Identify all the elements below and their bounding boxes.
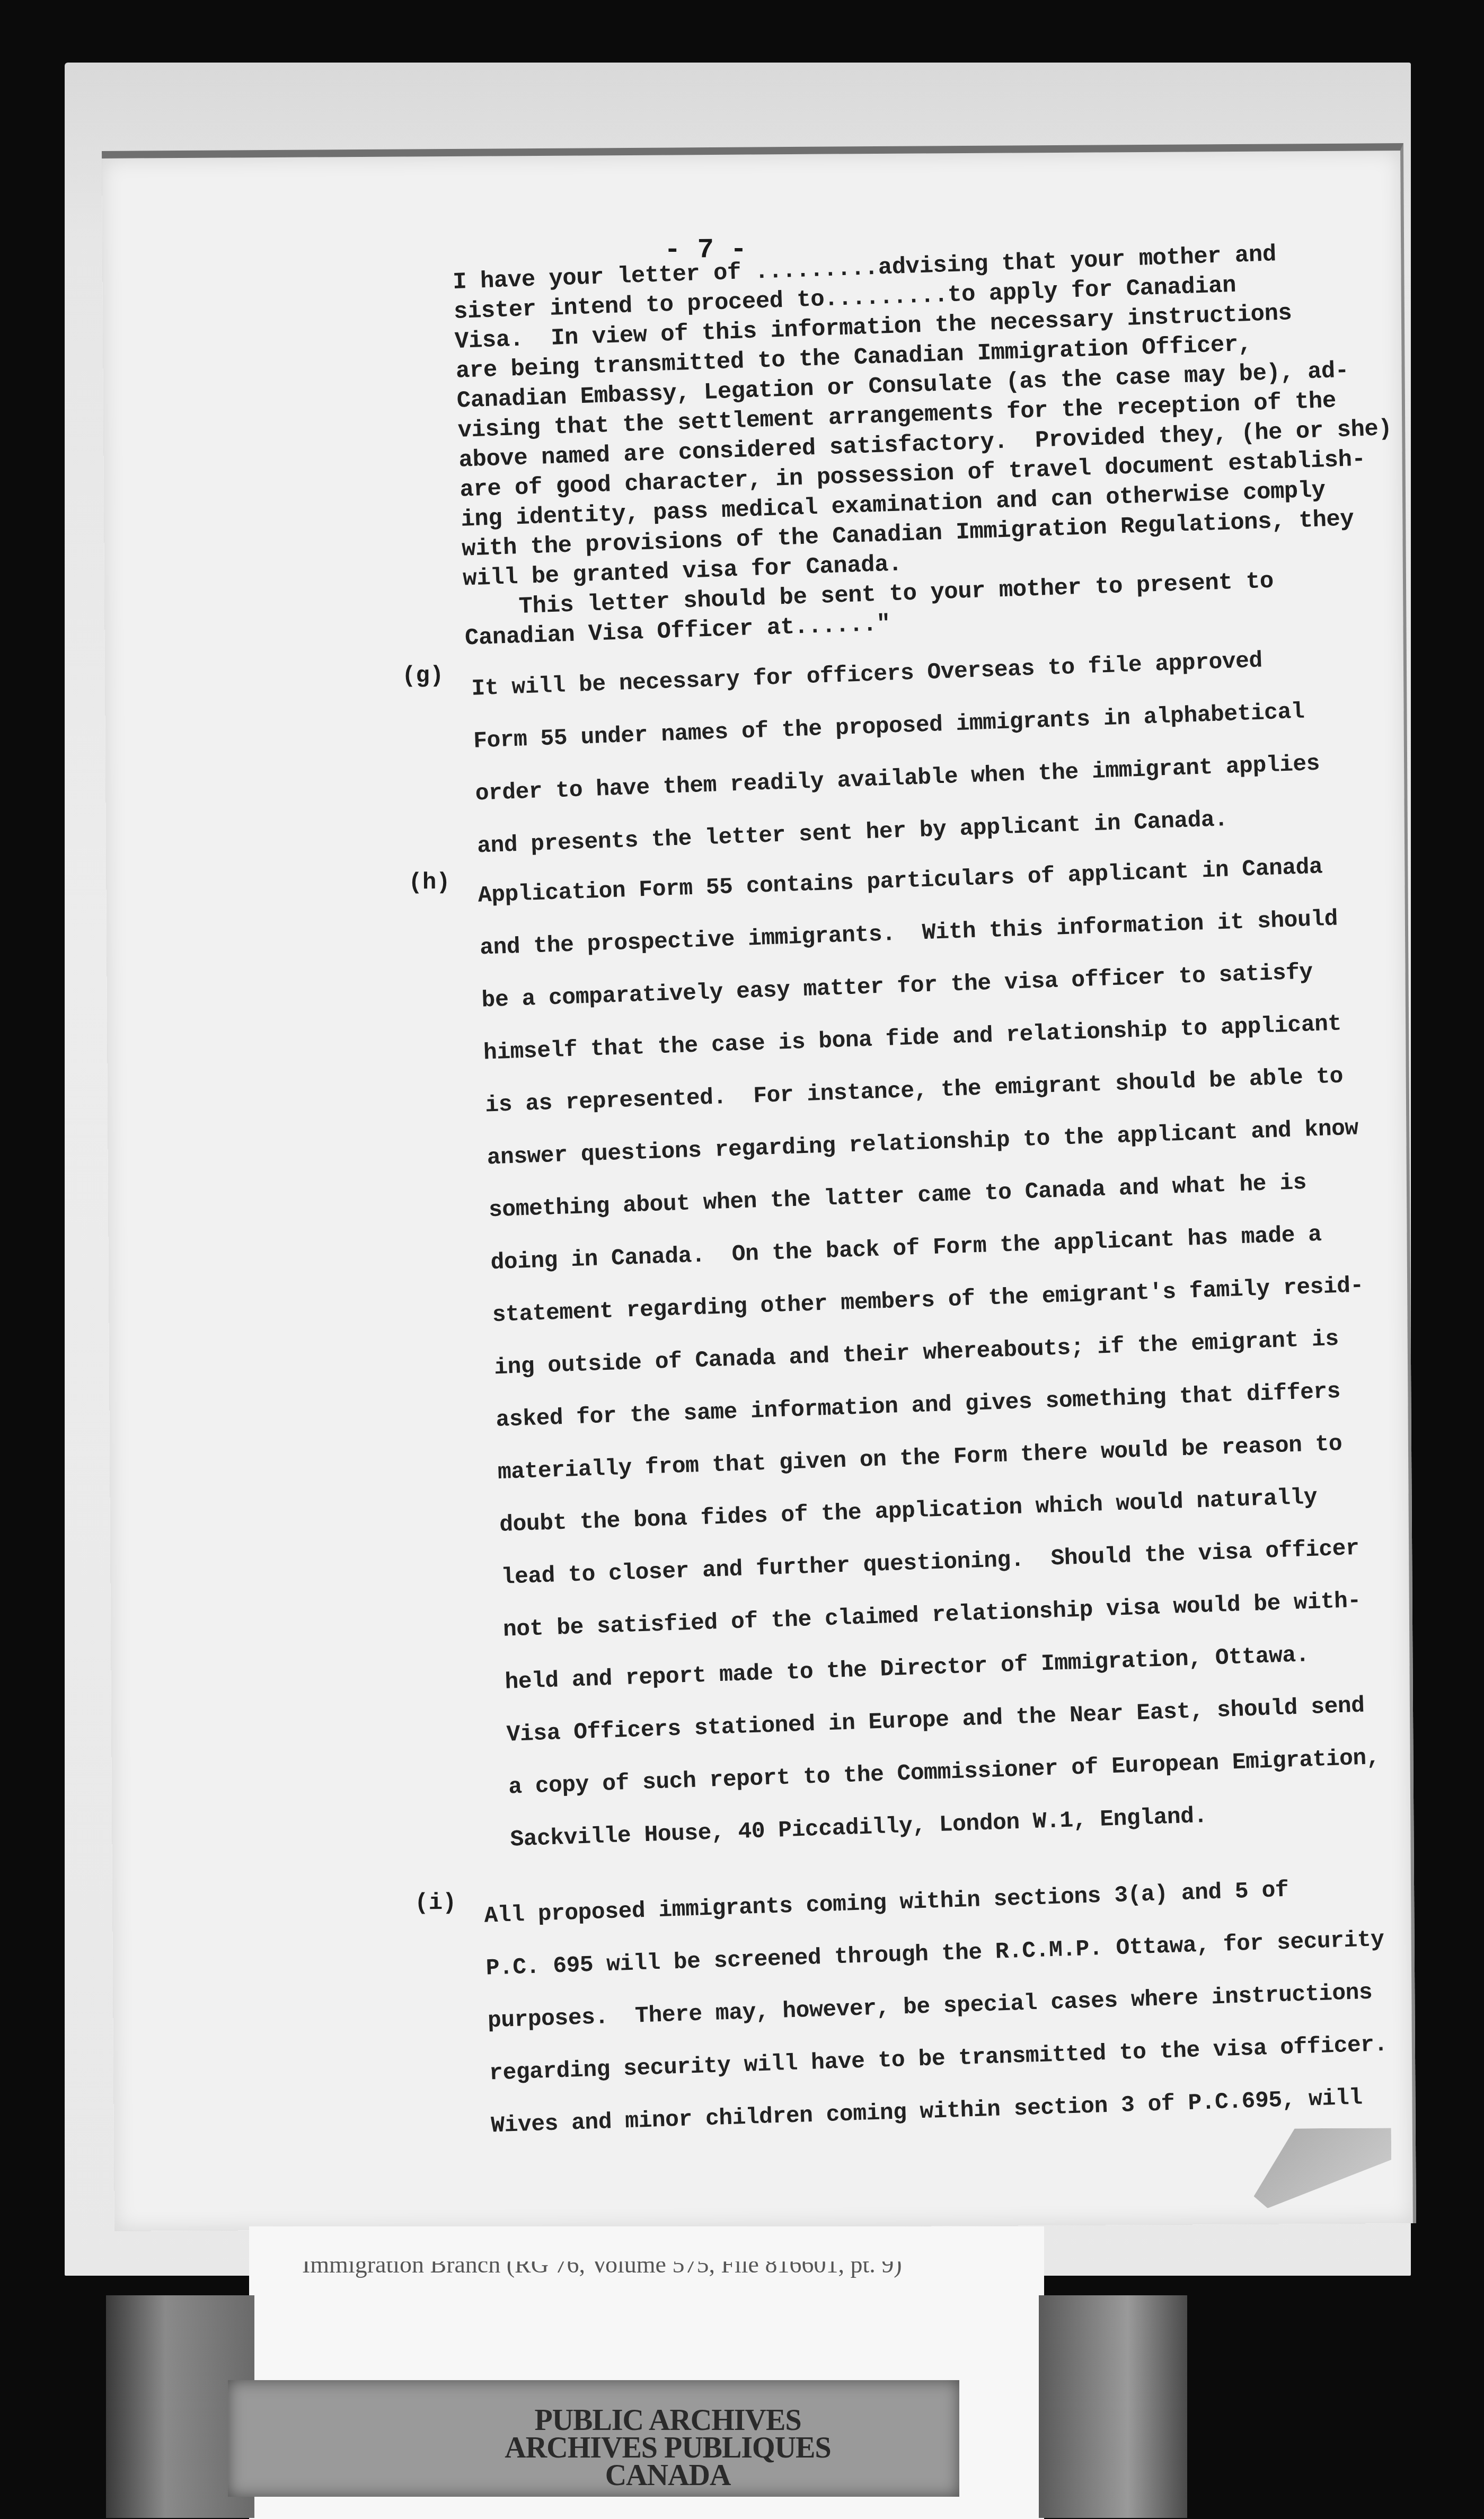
stamp-line: CANADA [466, 2462, 869, 2489]
archives-stamp: PUBLIC ARCHIVES ARCHIVES PUBLIQUES CANAD… [466, 2407, 869, 2489]
document-page: - 7 - I have your letter of .........adv… [102, 143, 1416, 2231]
stamp-line: PUBLIC ARCHIVES [466, 2407, 869, 2434]
section-marker: (i) [414, 1890, 457, 1916]
stamp-line: ARCHIVES PUBLIQUES [466, 2434, 869, 2462]
section-g: (g) It will be necessary for officers Ov… [471, 656, 1452, 872]
section-i: (i) All proposed immigrants coming withi… [483, 1883, 1465, 2152]
section-h: (h) Application Form 55 contains particu… [477, 863, 1463, 1866]
film-edge-right [1039, 2295, 1187, 2518]
quoted-letter-block: I have your letter of .........advising … [452, 235, 1419, 654]
section-marker: (g) [402, 663, 444, 689]
section-marker: (h) [408, 869, 450, 896]
